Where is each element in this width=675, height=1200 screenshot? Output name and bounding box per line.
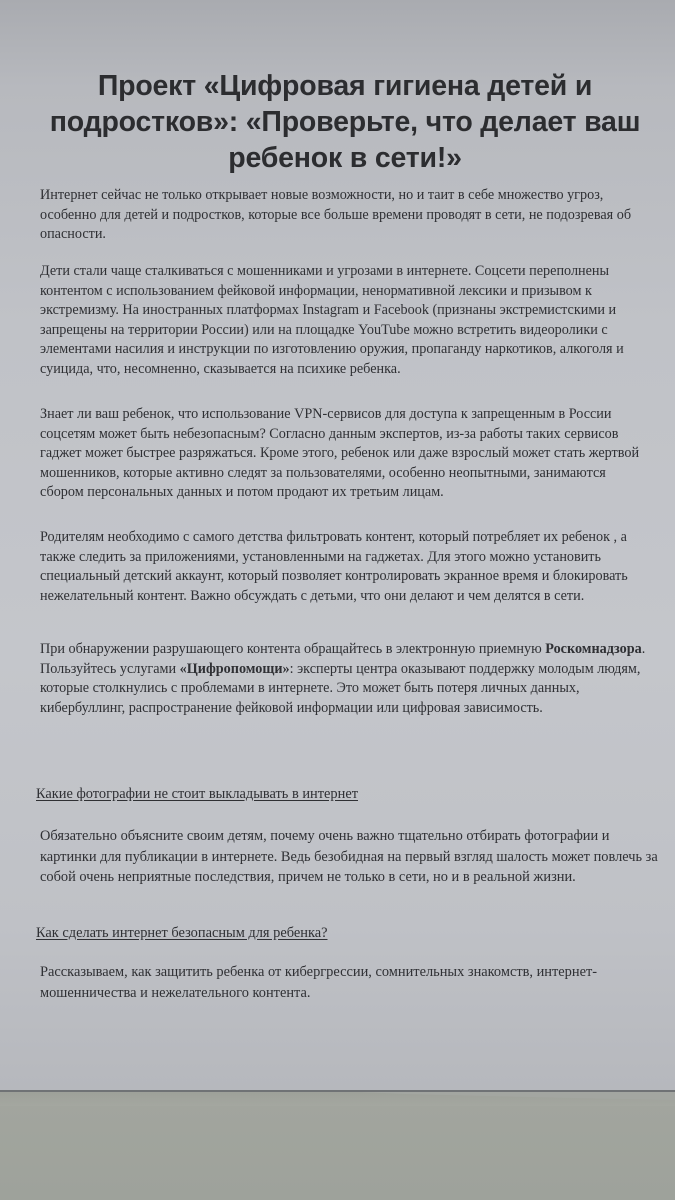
tsifropomoshch-name: «Цифропомощи» bbox=[180, 661, 290, 677]
section-heading-photos: Какие фотографии не стоит выкладывать в … bbox=[36, 785, 358, 804]
background-surface bbox=[0, 1100, 675, 1200]
paragraph-help: При обнаружении разрушающего контента об… bbox=[40, 640, 655, 718]
paragraph-intro: Интернет сейчас не только открывает новы… bbox=[40, 186, 650, 245]
section-heading-safe-internet: Как сделать интернет безопасным для ребе… bbox=[36, 924, 328, 943]
paragraph-threats: Дети стали чаще сталкиваться с мошенника… bbox=[40, 262, 645, 380]
document-title: Проект «Цифровая гигиена детей и подрост… bbox=[40, 68, 650, 176]
section-text-photos: Обязательно объясните своим детям, почем… bbox=[40, 826, 660, 888]
section-text-safe-internet: Рассказываем, как защитить ребенка от ки… bbox=[40, 962, 600, 1003]
help-text-part1: При обнаружении разрушающего контента об… bbox=[40, 641, 545, 657]
roskomnadzor-name: Роскомнадзора bbox=[545, 641, 642, 657]
printed-sheet: Проект «Цифровая гигиена детей и подрост… bbox=[0, 0, 675, 1092]
paragraph-vpn: Знает ли ваш ребенок, что использование … bbox=[40, 405, 650, 503]
paragraph-parents: Родителям необходимо с самого детства фи… bbox=[40, 528, 645, 606]
